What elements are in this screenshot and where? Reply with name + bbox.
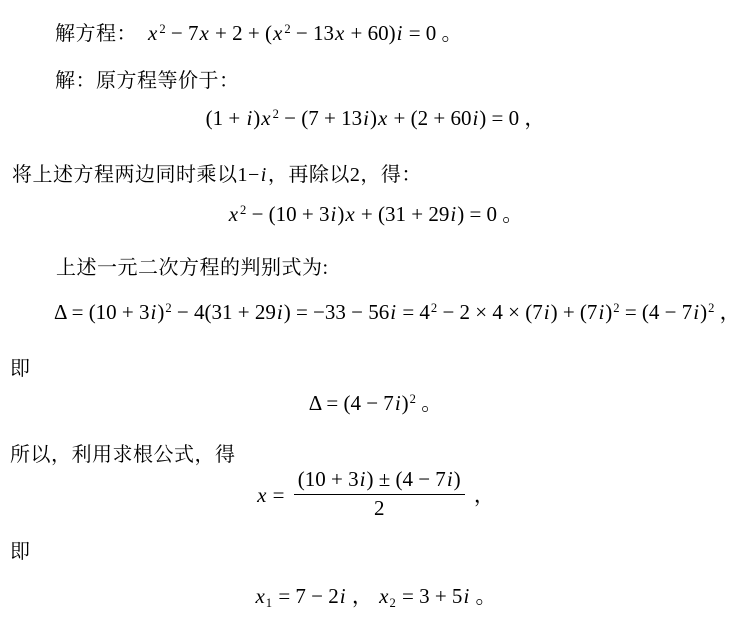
discriminant-calc-line: Δ = (10 + 3i)2 − 4(31 + 29i) = −33 − 56i… bbox=[54, 296, 741, 326]
math-solution-document: 解方程：x2 − 7x + 2 + (x2 − 13x + 60)i = 0 。… bbox=[0, 0, 751, 619]
multiply-instruction-line: 将上述方程两边同时乘以1−i，再除以2，得： bbox=[12, 158, 422, 187]
equation-roots: x1 = 7 − 2i ， x2 = 3 + 5i 。 bbox=[254, 584, 496, 608]
equation-roots-formula: x = (10 + 3i) ± (4 − 7i)2 ， bbox=[256, 483, 495, 507]
solution-intro-label: 解：原方程等价于： bbox=[55, 70, 240, 92]
root-formula-intro-line: 所以，利用求根公式，得 bbox=[10, 438, 236, 467]
namely-line-1: 即 bbox=[10, 352, 31, 381]
equation-discriminant-calc: Δ = (10 + 3i)2 − 4(31 + 29i) = −33 − 56i… bbox=[54, 300, 741, 324]
namely-label-2: 即 bbox=[10, 541, 31, 563]
multiply-instruction-text: 将上述方程两边同时乘以1−i，再除以2，得： bbox=[12, 164, 422, 186]
discriminant-intro-line: 上述一元二次方程的判别式为: bbox=[56, 251, 329, 280]
roots-result-line: x1 = 7 − 2i ， x2 = 3 + 5i 。 bbox=[0, 580, 751, 610]
equation-simplified: x2 − (10 + 3i)x + (31 + 29i) = 0 。 bbox=[228, 202, 524, 226]
solution-intro-line: 解：原方程等价于： bbox=[55, 64, 240, 93]
discriminant-intro-label: 上述一元二次方程的判别式为: bbox=[56, 257, 329, 279]
namely-label-1: 即 bbox=[10, 358, 31, 380]
discriminant-result-line: Δ = (4 − 7i)2 。 bbox=[0, 387, 751, 417]
equation-equivalent: (1 + i)x2 − (7 + 13i)x + (2 + 60i) = 0 ， bbox=[206, 106, 546, 130]
roots-formula-line: x = (10 + 3i) ± (4 − 7i)2 ， bbox=[0, 470, 751, 524]
problem-label: 解方程： bbox=[55, 23, 137, 45]
equation-simplified-line: x2 − (10 + 3i)x + (31 + 29i) = 0 。 bbox=[0, 198, 751, 228]
problem-statement-line: 解方程：x2 − 7x + 2 + (x2 − 13x + 60)i = 0 。 bbox=[55, 17, 463, 47]
equation-discriminant-result: Δ = (4 − 7i)2 。 bbox=[309, 391, 442, 415]
equation-original: x2 − 7x + 2 + (x2 − 13x + 60)i = 0 。 bbox=[147, 21, 463, 45]
namely-line-2: 即 bbox=[10, 535, 31, 564]
equation-equivalent-line: (1 + i)x2 − (7 + 13i)x + (2 + 60i) = 0 ， bbox=[0, 102, 751, 132]
root-formula-intro-label: 所以，利用求根公式，得 bbox=[10, 444, 236, 466]
